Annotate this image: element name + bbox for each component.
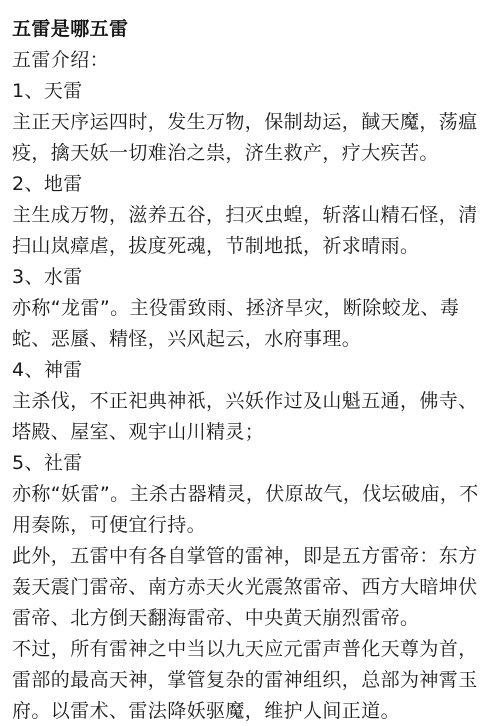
paragraph-line: 府。以雷术、雷法降妖驱魔，维护人间正道。 (12, 696, 492, 726)
section-shui-lei: 3、水雷 亦称“龙雷”。主役雷致雨、拯济旱灾，断除蛟龙、毒 蛇、恶蜃、精怪，兴风… (12, 262, 492, 355)
section-tian-lei: 1、天雷 主正天序运四时，发生万物，保制劫运，馘天魔，荡瘟 疫，擒天妖一切难治之… (12, 76, 492, 169)
section-text-line: 扫山岚瘴虐，拔度死魂，节制地抵，祈求晴雨。 (12, 231, 492, 262)
article-title: 五雷是哪五雷 (12, 14, 492, 45)
paragraph-line: 轰天震门雷帝、南方赤天火光震煞雷帝、西方大暗坤伏 (12, 572, 492, 603)
section-heading: 5、社雷 (12, 448, 492, 479)
section-text-line: 蛇、恶蜃、精怪，兴风起云，水府事理。 (12, 324, 492, 355)
section-heading: 3、水雷 (12, 262, 492, 293)
section-text-line: 主正天序运四时，发生万物，保制劫运，馘天魔，荡瘟 (12, 107, 492, 138)
section-shen-lei: 4、神雷 主杀伐，不正祀典神祇，兴妖作过及山魁五通，佛寺、 塔殿、屋室、观宇山川… (12, 355, 492, 448)
section-text-line: 塔殿、屋室、观宇山川精灵； (12, 417, 492, 448)
section-heading: 4、神雷 (12, 355, 492, 386)
section-she-lei: 5、社雷 亦称“妖雷”。主杀古器精灵，伏原故气，伐坛破庙，不 用奏陈，可便宜行持… (12, 448, 492, 541)
paragraph-supreme-thunder-god: 不过，所有雷神之中当以九天应元雷声普化天尊为首， 雷部的最高天神，掌管复杂的雷神… (12, 634, 492, 726)
section-text-line: 亦称“龙雷”。主役雷致雨、拯济旱灾，断除蛟龙、毒 (12, 293, 492, 324)
section-text-line: 用奏陈，可便宜行持。 (12, 510, 492, 541)
paragraph-line: 此外，五雷中有各自掌管的雷神，即是五方雷帝：东方 (12, 541, 492, 572)
section-text-line: 主杀伐，不正祀典神祇，兴妖作过及山魁五通，佛寺、 (12, 386, 492, 417)
paragraph-five-thunder-emperors: 此外，五雷中有各自掌管的雷神，即是五方雷帝：东方 轰天震门雷帝、南方赤天火光震煞… (12, 541, 492, 634)
paragraph-line: 雷帝、北方倒天翻海雷帝、中央黄天崩烈雷帝。 (12, 603, 492, 634)
paragraph-line: 不过，所有雷神之中当以九天应元雷声普化天尊为首， (12, 634, 492, 665)
article: 五雷是哪五雷 五雷介绍： 1、天雷 主正天序运四时，发生万物，保制劫运，馘天魔，… (12, 14, 492, 726)
section-text-line: 亦称“妖雷”。主杀古器精灵，伏原故气，伐坛破庙，不 (12, 479, 492, 510)
paragraph-line: 雷部的最高天神，掌管复杂的雷神组织，总部为神霄玉 (12, 665, 492, 696)
section-heading: 2、地雷 (12, 169, 492, 200)
section-di-lei: 2、地雷 主生成万物，滋养五谷，扫灭虫蝗，斩落山精石怪，清 扫山岚瘴虐，拔度死魂… (12, 169, 492, 262)
section-text-line: 疫，擒天妖一切难治之祟，济生救产，疗大疾苦。 (12, 138, 492, 169)
section-heading: 1、天雷 (12, 76, 492, 107)
intro-label: 五雷介绍： (12, 45, 492, 76)
section-text-line: 主生成万物，滋养五谷，扫灭虫蝗，斩落山精石怪，清 (12, 200, 492, 231)
